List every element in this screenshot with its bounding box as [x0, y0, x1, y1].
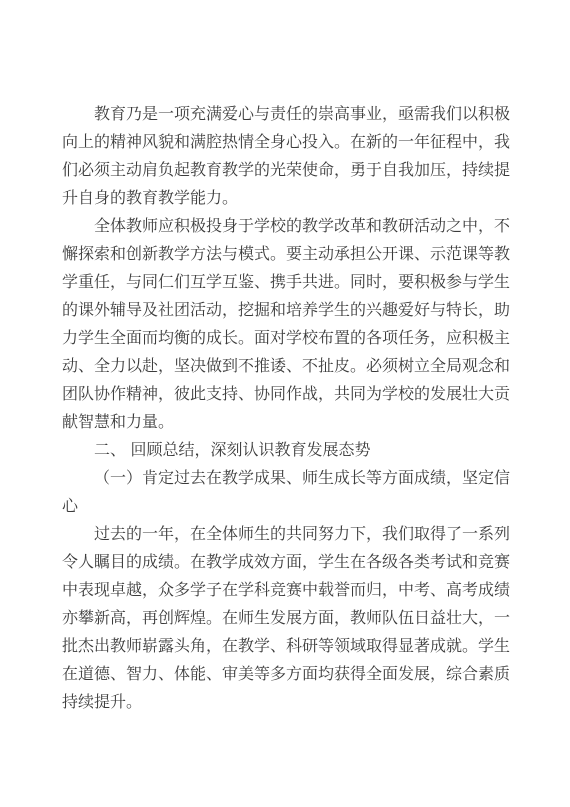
document-body: 教育乃是一项充满爱心与责任的崇高事业，亟需我们以积极向上的精神风貌和满腔热情全身… [62, 101, 510, 717]
paragraph-achievements: 过去的一年，在全体师生的共同努力下，我们取得了一系列令人瞩目的成绩。在教学成效方… [62, 521, 510, 717]
paragraph-dedication: 教育乃是一项充满爱心与责任的崇高事业，亟需我们以积极向上的精神风貌和满腔热情全身… [62, 101, 510, 213]
paragraph-teaching-reform: 全体教师应积极投身于学校的教学改革和教研活动之中，不懈探索和创新教学方法与模式。… [62, 213, 510, 437]
subsection-heading: （一）肯定过去在教学成果、师生成长等方面成绩，坚定信心 [62, 465, 510, 521]
section-heading: 二、 回顾总结，深刻认识教育发展态势 [62, 437, 510, 465]
document-page: 教育乃是一项充满爱心与责任的崇高事业，亟需我们以积极向上的精神风貌和满腔热情全身… [0, 0, 570, 807]
